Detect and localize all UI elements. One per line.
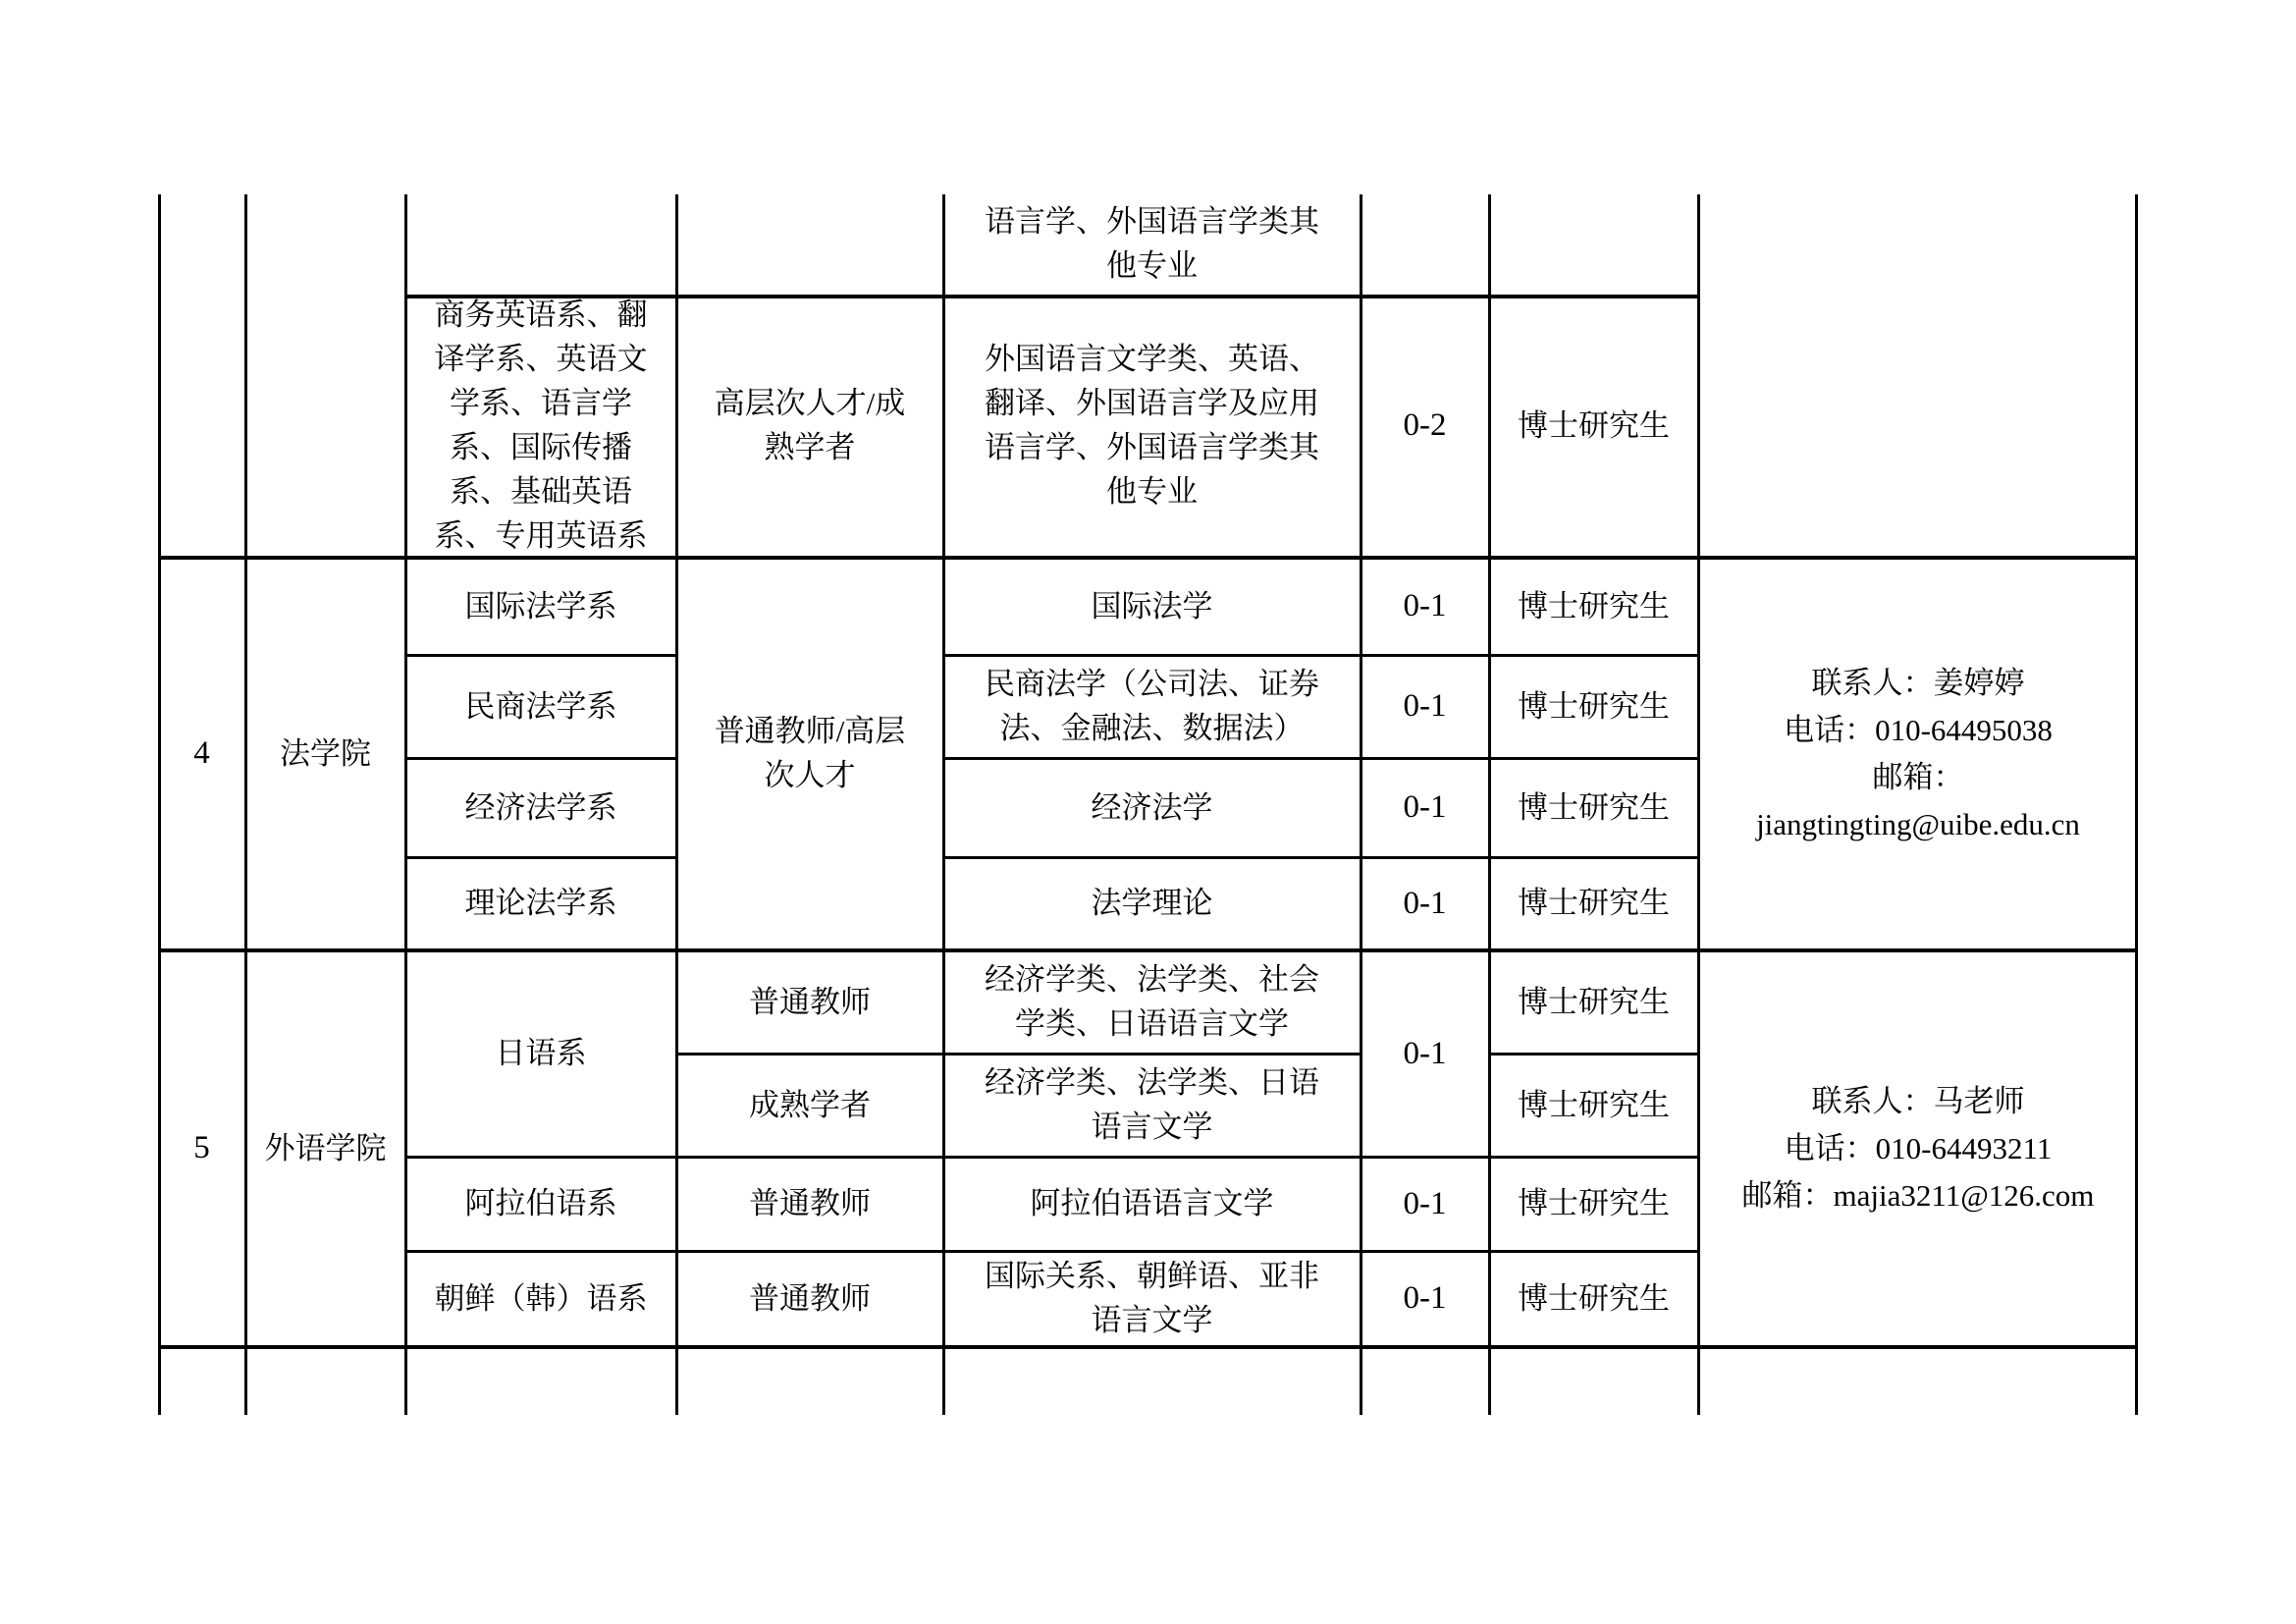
cell-count: 0-1: [1361, 859, 1489, 948]
cell-count: 0-1: [1361, 1253, 1489, 1345]
cell-position: 成熟学者: [676, 1056, 943, 1156]
contact-phone: 电话：010-64495038: [1784, 707, 2053, 754]
cell-contact-sec5: 联系人：马老师 电话：010-64493211 邮箱：majia3211@126…: [1698, 952, 2138, 1345]
cell-position-type-sec3: 高层次人才/成 熟学者: [676, 297, 943, 556]
cell-major: 经济学类、法学类、社会 学类、日语语言文学: [943, 952, 1361, 1053]
cell-department: 朝鲜（韩）语系: [405, 1253, 676, 1345]
cell-degree-sec3: 博士研究生: [1489, 297, 1698, 556]
cell-major: 法学理论: [943, 859, 1361, 948]
cell-contact-sec4: 联系人：姜婷婷 电话：010-64495038 邮箱： jiangtingtin…: [1698, 560, 2138, 948]
cell-degree: 博士研究生: [1489, 760, 1698, 856]
cell-count: 0-1: [1361, 560, 1489, 654]
cell-count: 0-1: [1361, 952, 1489, 1156]
cell-major: 阿拉伯语语言文学: [943, 1159, 1361, 1250]
cell-major-continued: 语言学、外国语言学类其 他专业: [943, 194, 1361, 295]
cell-major: 民商法学（公司法、证券 法、金融法、数据法）: [943, 657, 1361, 757]
cell-degree: 博士研究生: [1489, 859, 1698, 948]
document-page: 语言学、外国语言学类其 他专业 商务英语系、翻 译学系、英语文 学系、语言学 系…: [0, 0, 2296, 1624]
contact-email-label: 邮箱：: [1873, 754, 1964, 801]
cell-departments-sec3: 商务英语系、翻 译学系、英语文 学系、语言学 系、国际传播 系、基础英语 系、专…: [405, 297, 676, 556]
cell-department: 阿拉伯语系: [405, 1159, 676, 1250]
cell-degree: 博士研究生: [1489, 1159, 1698, 1250]
recruitment-table: 语言学、外国语言学类其 他专业 商务英语系、翻 译学系、英语文 学系、语言学 系…: [158, 194, 2138, 1415]
cell-major: 国际关系、朝鲜语、亚非 语言文学: [943, 1253, 1361, 1345]
contact-email: 邮箱：majia3211@126.com: [1742, 1172, 2095, 1219]
cell-count: 0-1: [1361, 760, 1489, 856]
cell-no-sec5: 5: [158, 952, 245, 1345]
cell-degree: 博士研究生: [1489, 1253, 1698, 1345]
cell-degree: 博士研究生: [1489, 657, 1698, 757]
contact-email: jiangtingting@uibe.edu.cn: [1756, 801, 2080, 848]
cell-department: 经济法学系: [405, 760, 676, 856]
cell-college-sec4: 法学院: [245, 560, 405, 948]
cell-department: 民商法学系: [405, 657, 676, 757]
cell-degree: 博士研究生: [1489, 952, 1698, 1053]
cell-count: 0-1: [1361, 657, 1489, 757]
cell-count: 0-1: [1361, 1159, 1489, 1250]
cell-department: 日语系: [405, 952, 676, 1156]
contact-person: 联系人：姜婷婷: [1812, 660, 2025, 707]
cell-major: 国际法学: [943, 560, 1361, 654]
cell-college-sec5: 外语学院: [245, 952, 405, 1345]
cell-position: 普通教师: [676, 1159, 943, 1250]
grid-line: [158, 1345, 2138, 1349]
cell-degree: 博士研究生: [1489, 560, 1698, 654]
cell-degree: 博士研究生: [1489, 1056, 1698, 1156]
cell-department: 国际法学系: [405, 560, 676, 654]
cell-count-sec3: 0-2: [1361, 297, 1489, 556]
cell-position-type-sec4: 普通教师/高层 次人才: [676, 560, 943, 948]
contact-phone: 电话：010-64493211: [1785, 1125, 2053, 1172]
cell-department: 理论法学系: [405, 859, 676, 948]
cell-position: 普通教师: [676, 1253, 943, 1345]
contact-person: 联系人：马老师: [1812, 1078, 2025, 1125]
cell-major: 经济法学: [943, 760, 1361, 856]
cell-major: 经济学类、法学类、日语 语言文学: [943, 1056, 1361, 1156]
cell-no-sec4: 4: [158, 560, 245, 948]
cell-position: 普通教师: [676, 952, 943, 1053]
cell-major-sec3: 外国语言文学类、英语、 翻译、外国语言学及应用 语言学、外国语言学类其 他专业: [943, 297, 1361, 556]
